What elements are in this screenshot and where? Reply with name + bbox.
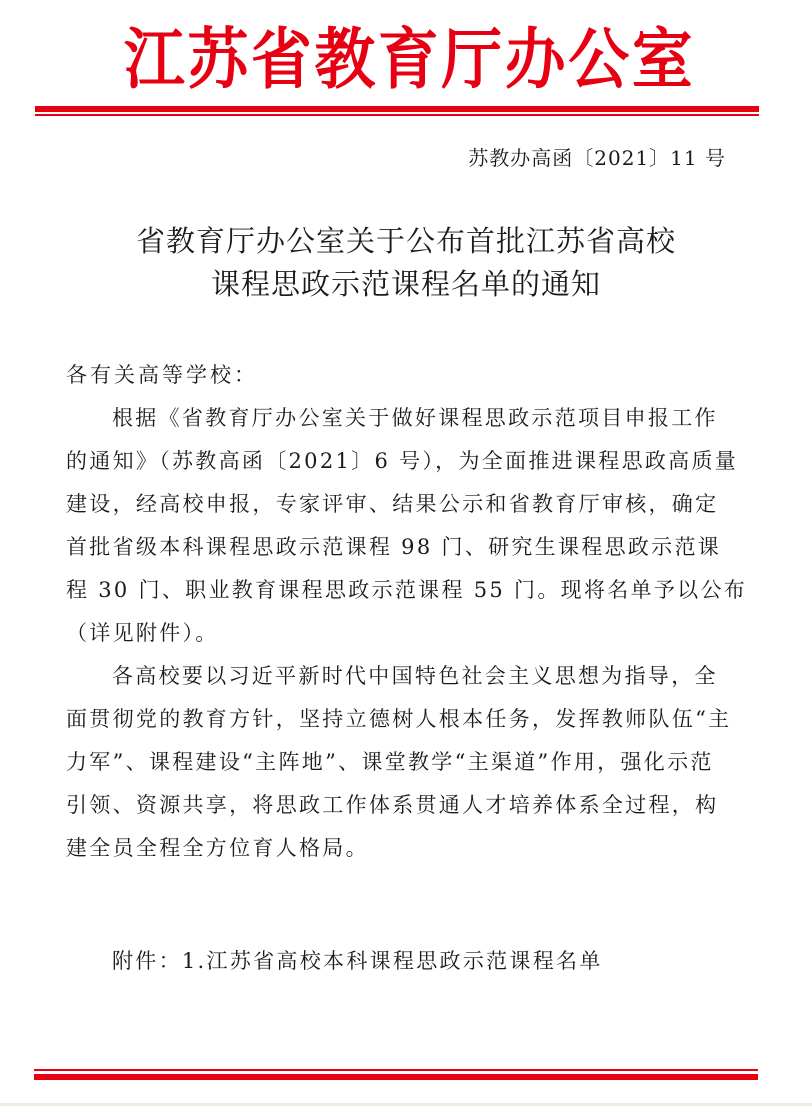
title-line: 课程思政示范课程名单的通知 [66, 263, 746, 306]
paragraph-requirements: 各高校要以习近平新时代中国特色社会主义思想为指导，全 面贯彻党的教育方针，坚持立… [66, 655, 736, 870]
masthead-rule-thick [35, 106, 759, 112]
paragraph-line: 的通知》（苏教高函〔2021〕6 号），为全面推进课程思政高质量 [66, 440, 736, 483]
paragraph-line: 面贯彻党的教育方针，坚持立德树人根本任务，发挥教师队伍“主 [66, 698, 736, 741]
paragraph-announcement: 根据《省教育厅办公室关于做好课程思政示范项目申报工作 的通知》（苏教高函〔202… [66, 397, 736, 655]
paragraph-line: 根据《省教育厅办公室关于做好课程思政示范项目申报工作 [66, 397, 736, 440]
document-page: 江苏省教育厅办公室 苏教办高函〔2021〕11 号 省教育厅办公室关于公布首批江… [0, 0, 812, 1106]
masthead-rule-thin [35, 114, 759, 116]
paragraph-line: （详见附件）。 [66, 612, 736, 655]
document-title: 省教育厅办公室关于公布首批江苏省高校 课程思政示范课程名单的通知 [66, 220, 746, 306]
paragraph-line: 首批省级本科课程思政示范课程 98 门、研究生课程思政示范课 [66, 526, 736, 569]
paragraph-line: 建全员全程全方位育人格局。 [66, 827, 736, 870]
document-body: 各有关高等学校： 根据《省教育厅办公室关于做好课程思政示范项目申报工作 的通知》… [66, 354, 736, 870]
paragraph-line: 建设，经高校申报，专家评审、结果公示和省教育厅审核，确定 [66, 483, 736, 526]
paragraph-line: 各高校要以习近平新时代中国特色社会主义思想为指导，全 [66, 655, 736, 698]
title-line: 省教育厅办公室关于公布首批江苏省高校 [66, 220, 746, 263]
masthead-issuer: 江苏省教育厅办公室 [124, 18, 676, 100]
document-number: 苏教办高函〔2021〕11 号 [468, 143, 726, 173]
paragraph-line: 引领、资源共享，将思政工作体系贯通人才培养体系全过程，构 [66, 784, 736, 827]
attachment-reference: 附件：1.江苏省高校本科课程思政示范课程名单 [112, 940, 603, 983]
footer-rule-thin [34, 1069, 758, 1071]
paragraph-line: 程 30 门、职业教育课程思政示范课程 55 门。现将名单予以公布 [66, 569, 736, 612]
salutation: 各有关高等学校： [66, 354, 736, 397]
footer-rule-thick [34, 1074, 758, 1080]
paragraph-line: 力军”、课程建设“主阵地”、课堂教学“主渠道”作用，强化示范 [66, 741, 736, 784]
